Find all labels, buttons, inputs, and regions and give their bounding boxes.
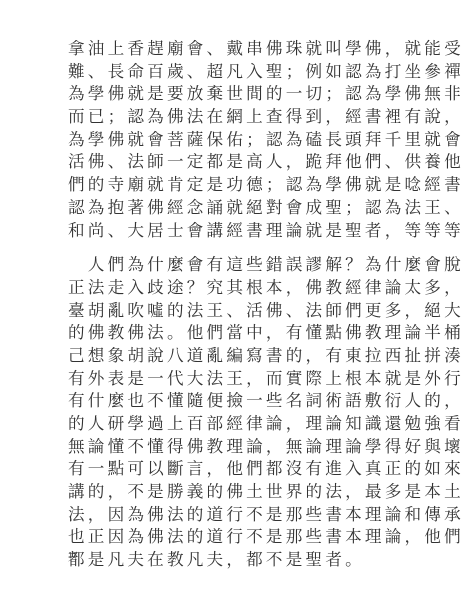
text-line: 都是凡夫在教凡夫，都不是聖者。 [68, 549, 413, 572]
text-line: 己想象胡說八道亂編寫書的，有東拉西扯拼湊理論裝模作樣的， [68, 345, 413, 368]
text-line: 也正因為佛法的道行不是那些書本理論，他們才拿不出佛法聖量， [68, 526, 413, 549]
text-line: 臺胡亂吹噓的法王、活佛、法師們更多，絕大多數都不懂得真正 [68, 300, 413, 323]
body-text: 拿油上香趕廟會、戴串佛珠就叫學佛，就能受佛菩薩護佑無災無 難、長命百歲、超凡入聖… [68, 38, 413, 572]
text-line: 有什麼也不懂隨便撿一些名詞術語敷衍人的，當然也有為數極少 [68, 390, 413, 413]
text-line: 而已；認為佛法在網上查得到，經書裡有說，一學就成就了；認 [68, 106, 413, 129]
text-line: 拿油上香趕廟會、戴串佛珠就叫學佛，就能受佛菩薩護佑無災無 [68, 38, 413, 61]
text-line: 有外表是一代大法王，而實際上根本就是外行混進來坐主位的， [68, 368, 413, 391]
paragraph-1: 拿油上香趕廟會、戴串佛珠就叫學佛，就能受佛菩薩護佑無災無 難、長命百歲、超凡入聖… [68, 38, 413, 242]
text-line: 正法走入歧途？究其根本，佛教經律論太多，很難懂，而高坐法 [68, 277, 413, 300]
text-line: 無論懂不懂得佛教理論，無論理論學得好與壞，就算能背誦三藏， [68, 436, 413, 459]
document-page: 拿油上香趕廟會、戴串佛珠就叫學佛，就能受佛菩薩護佑無災無 難、長命百歲、超凡入聖… [0, 0, 464, 600]
text-line: 和尚、大居士會講經書理論就是聖者，等等等等，不一而足。 [68, 220, 413, 243]
page-number: 13 [68, 551, 77, 560]
text-line: 的佛教佛法。他們當中，有懂點佛教理論半桶水的，有完全憑自 [68, 322, 413, 345]
text-line: 的人研學過上百部經律論，理論知識還勉強看得過去的。但是， [68, 413, 413, 436]
text-line: 人們為什麼會有這些錯誤謬解？為什麼會脫離釋迦佛陀正教 [68, 254, 413, 277]
text-line: 為學佛就會菩薩保佑；認為磕長頭拜千里就會感動佛菩薩；認為 [68, 129, 413, 152]
text-line: 們的寺廟就肯定是功德；認為學佛就是唸經書、持佛號、學論著； [68, 174, 413, 197]
text-line: 法，因為佛法的道行不是那些書本理論和傳承儀軌所能涵蓋的， [68, 504, 413, 527]
paragraph-2: 人們為什麼會有這些錯誤謬解？為什麼會脫離釋迦佛陀正教 正法走入歧途？究其根本，佛… [68, 254, 413, 572]
text-line: 講的，不是勝義的佛土世界的法，最多是本土世界傳承的常規佛 [68, 481, 413, 504]
text-line: 難、長命百歲、超凡入聖；例如認為打坐參禪冥想就是修行；認 [68, 61, 413, 84]
text-line: 活佛、法師一定都是高人，跪拜他們、供養他們，或者捐錢給他 [68, 151, 413, 174]
text-line: 為學佛就是要放棄世間的一切；認為學佛無非就是一種精神寄託 [68, 83, 413, 106]
text-line: 認為抱著佛經念誦就絕對會成聖；認為法王、格西、堪布、喇嘛、 [68, 197, 413, 220]
paragraph-gap [68, 242, 413, 254]
text-line: 有一點可以斷言，他們都沒有進入真正的如來正法之门，他們所 [68, 458, 413, 481]
